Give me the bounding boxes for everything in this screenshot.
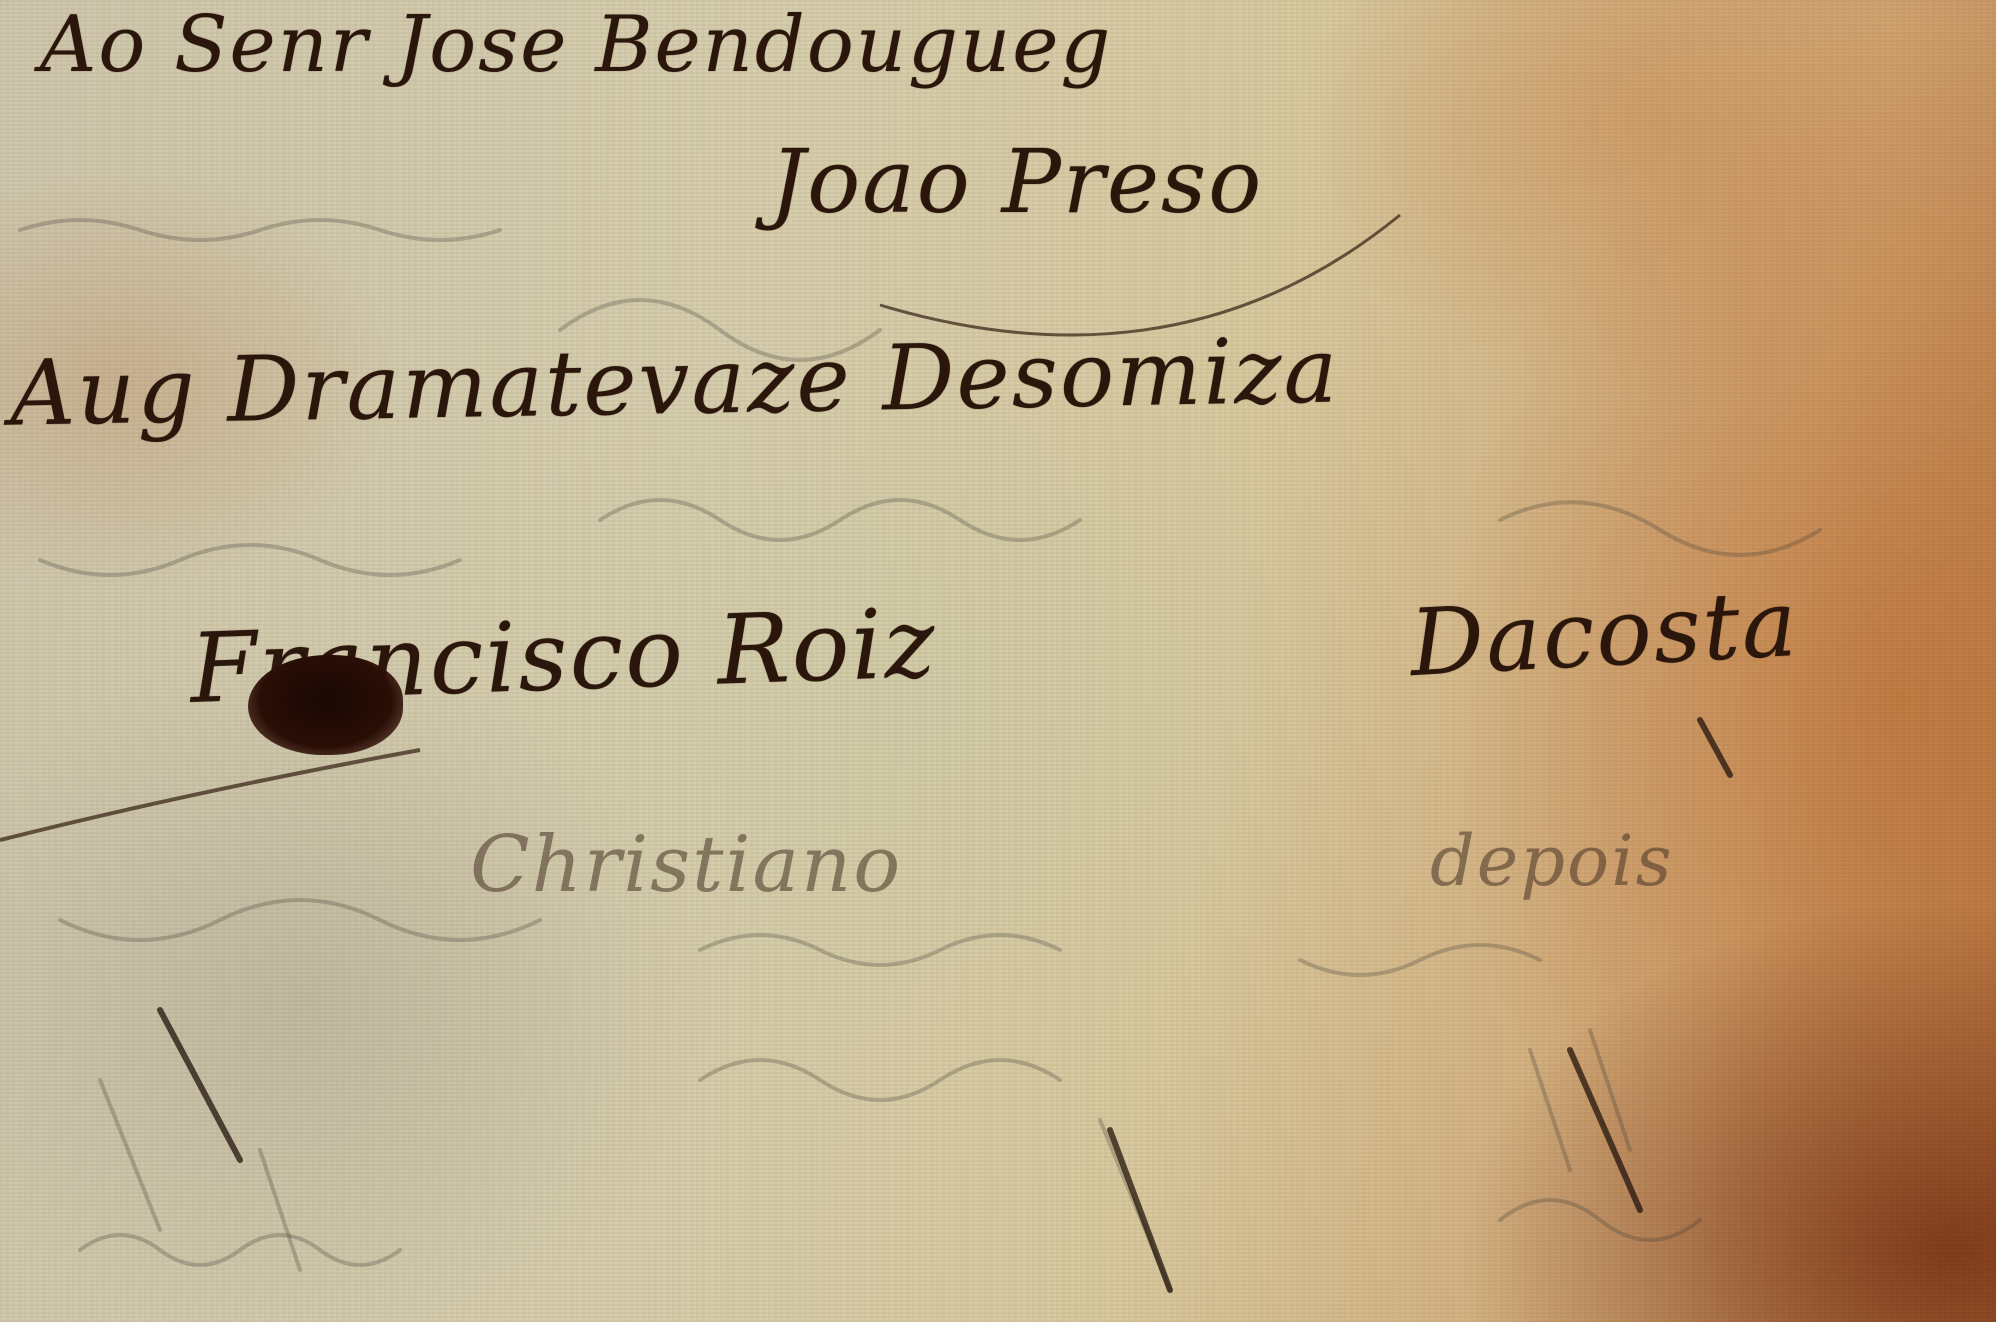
manuscript-line-salutation: Ao Senr Jose Bendougueg <box>40 0 1112 90</box>
manuscript-line-name: Joao Preso <box>770 130 1263 233</box>
manuscript-line-depois: depois <box>1430 820 1674 902</box>
ink-blot <box>248 655 403 755</box>
photo-border <box>0 1322 1996 1335</box>
manuscript-line-christiano: Christiano <box>470 820 902 910</box>
manuscript-line-3: Aug Dramatevaze Desomiza <box>9 318 1340 446</box>
manuscript-line-dacosta: Dacosta <box>1407 570 1801 697</box>
manuscript-page: Ao Senr Jose Bendougueg Joao Preso Aug D… <box>0 0 1996 1322</box>
